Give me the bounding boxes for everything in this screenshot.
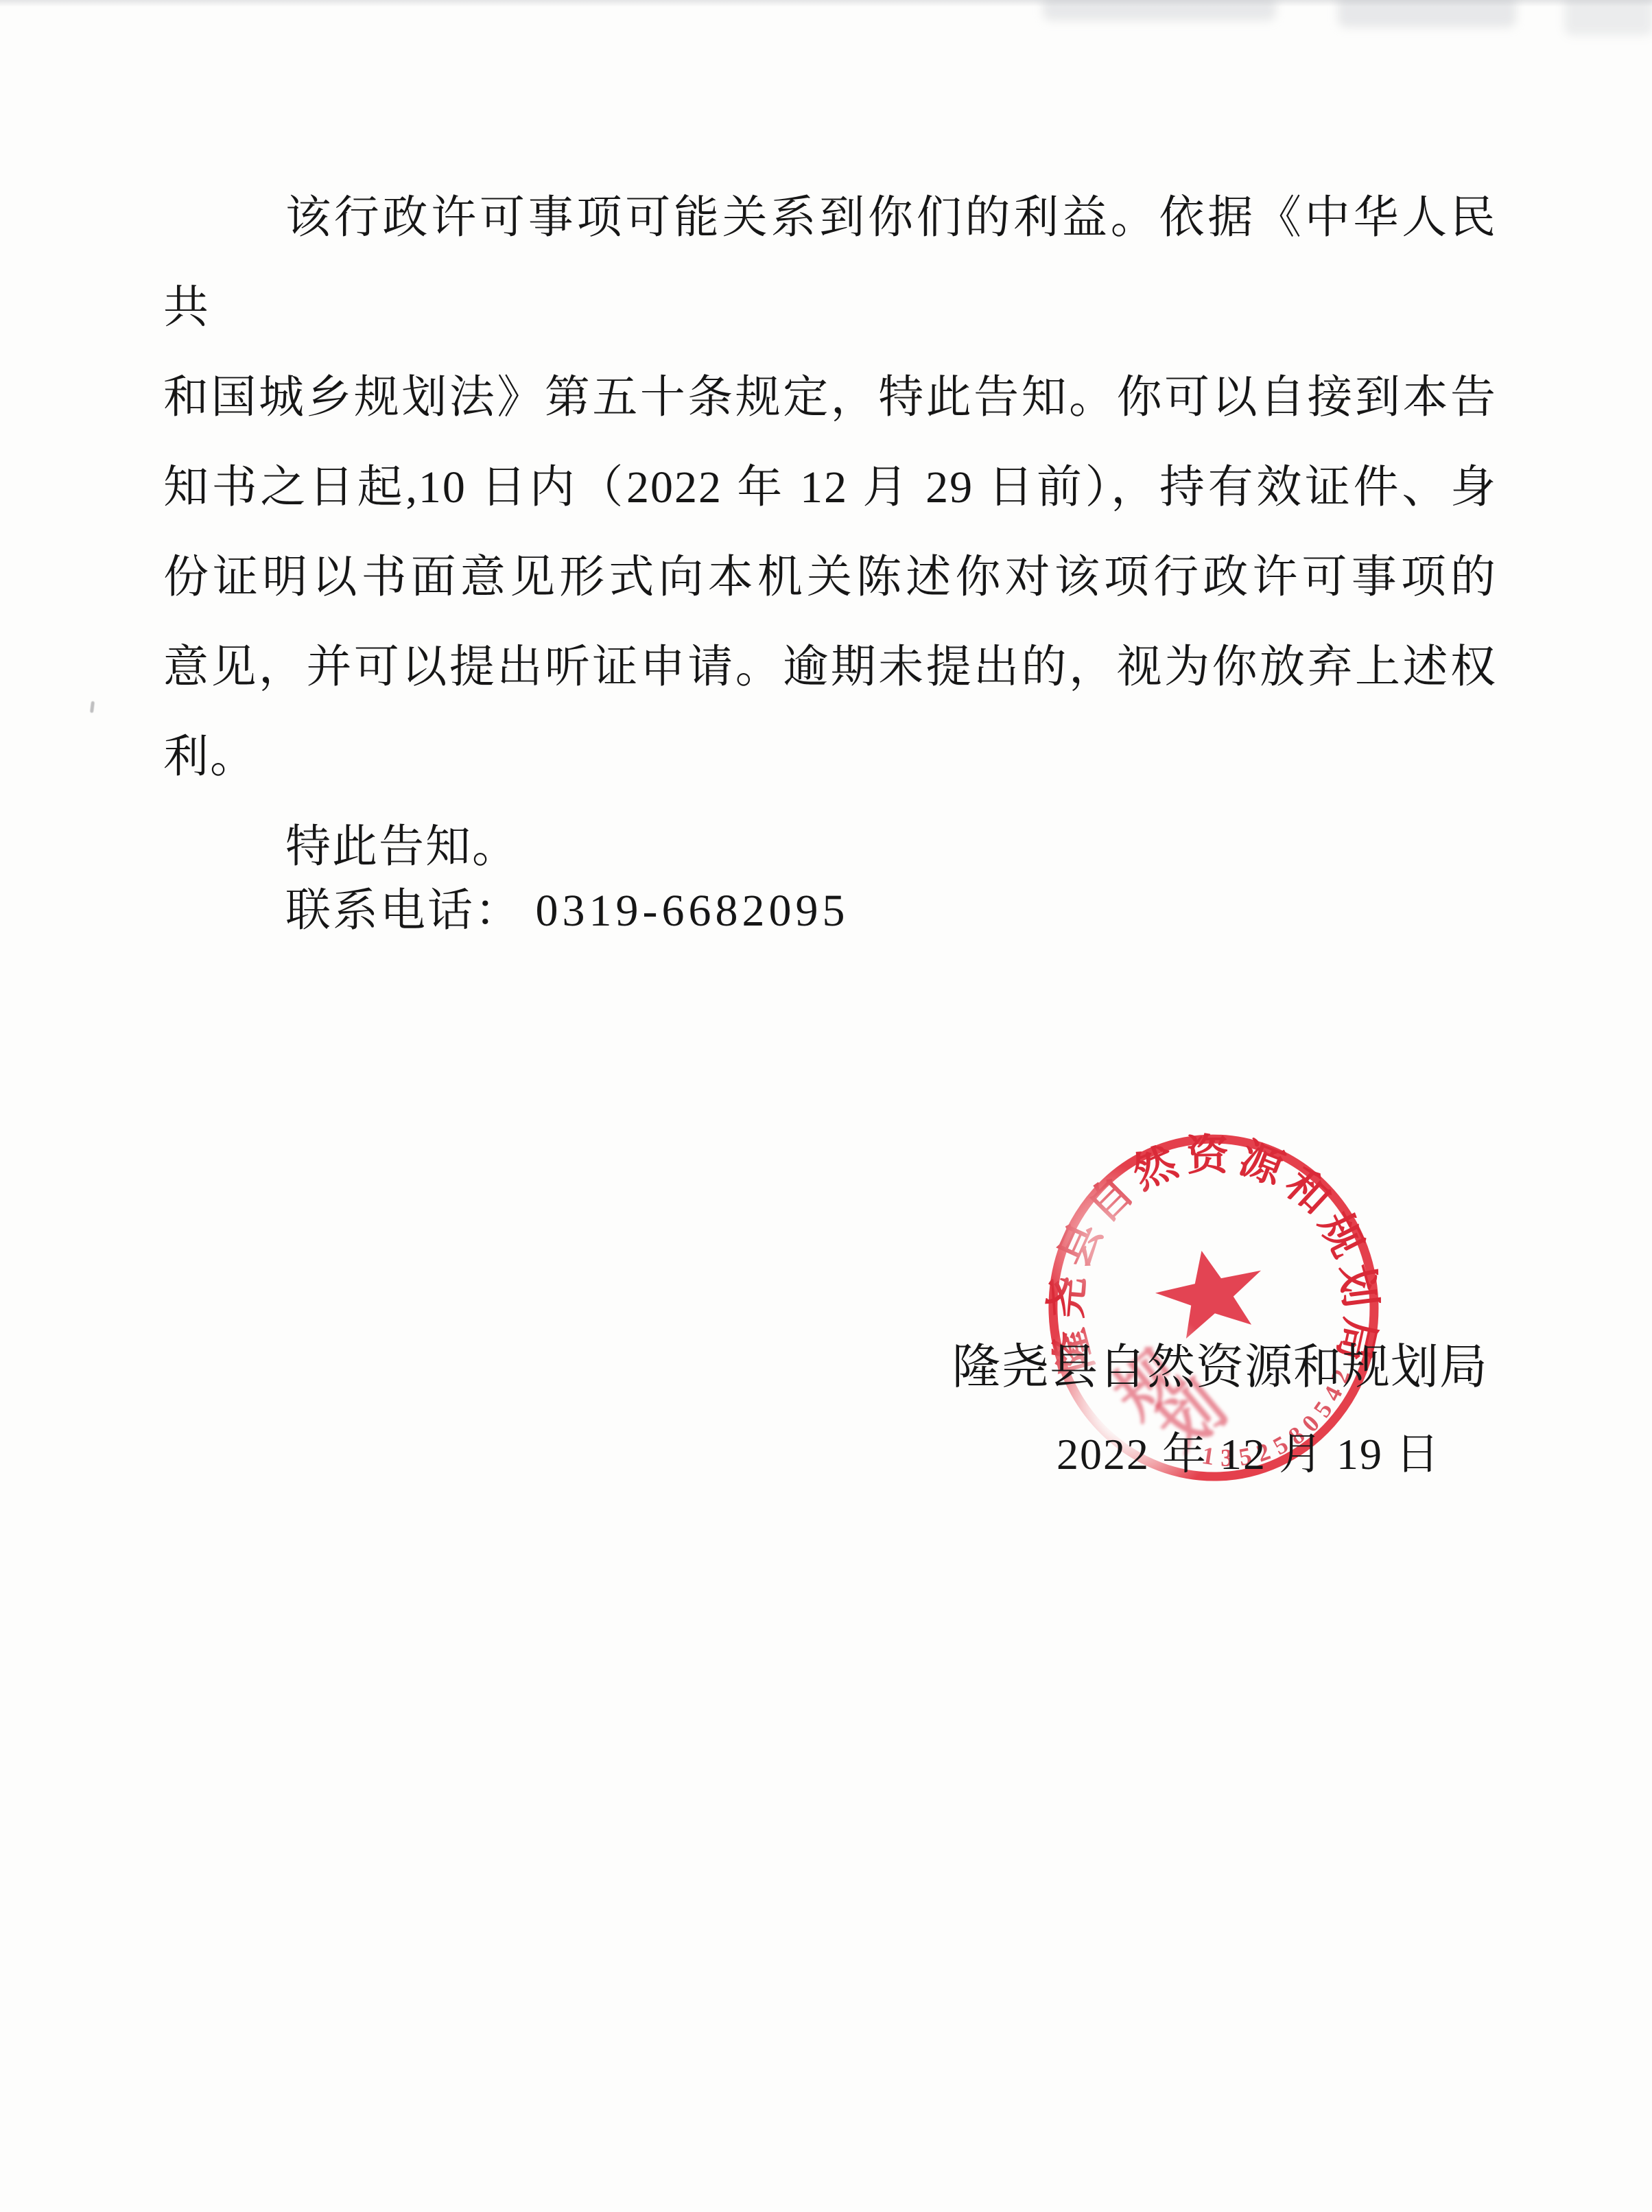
scan-smudge xyxy=(1338,0,1516,27)
scan-smudge xyxy=(1043,0,1276,21)
notice-body: 该行政许可事项可能关系到你们的利益。依据《中华人民共 和国城乡规划法》第五十条规… xyxy=(163,173,1497,892)
scan-speck xyxy=(90,701,95,713)
scan-smudge xyxy=(1564,0,1652,36)
scanned-notice-page: 该行政许可事项可能关系到你们的利益。依据《中华人民共 和国城乡规划法》第五十条规… xyxy=(0,0,1652,2212)
body-line: 该行政许可事项可能关系到你们的利益。依据《中华人民共 xyxy=(163,173,1497,353)
body-line: 和国城乡规划法》第五十条规定，特此告知。你可以自接到本告 xyxy=(163,353,1497,443)
contact-phone-line: 联系电话： 0319-6682095 xyxy=(163,884,849,939)
closing-line: 特此告知。 xyxy=(163,802,1497,892)
contact-label: 联系电话： xyxy=(285,886,522,936)
body-line: 意见，并可以提出听证申请。逾期未提出的，视为你放弃上述权 xyxy=(163,622,1497,712)
body-line: 利。 xyxy=(163,712,1497,802)
body-line: 份证明以书面意见形式向本机关陈述你对该项行政许可事项的 xyxy=(163,532,1497,622)
contact-phone-number: 0319-6682095 xyxy=(536,886,849,936)
red-star-icon xyxy=(1148,1240,1271,1343)
issuer-agency-name: 隆尧县自然资源和规划局 xyxy=(952,1328,1488,1398)
issue-date: 2022 年 12 月 19 日 xyxy=(1057,1419,1441,1482)
body-line: 知书之日起,10 日内（2022 年 12 月 29 日前），持有效证件、身 xyxy=(163,443,1497,532)
